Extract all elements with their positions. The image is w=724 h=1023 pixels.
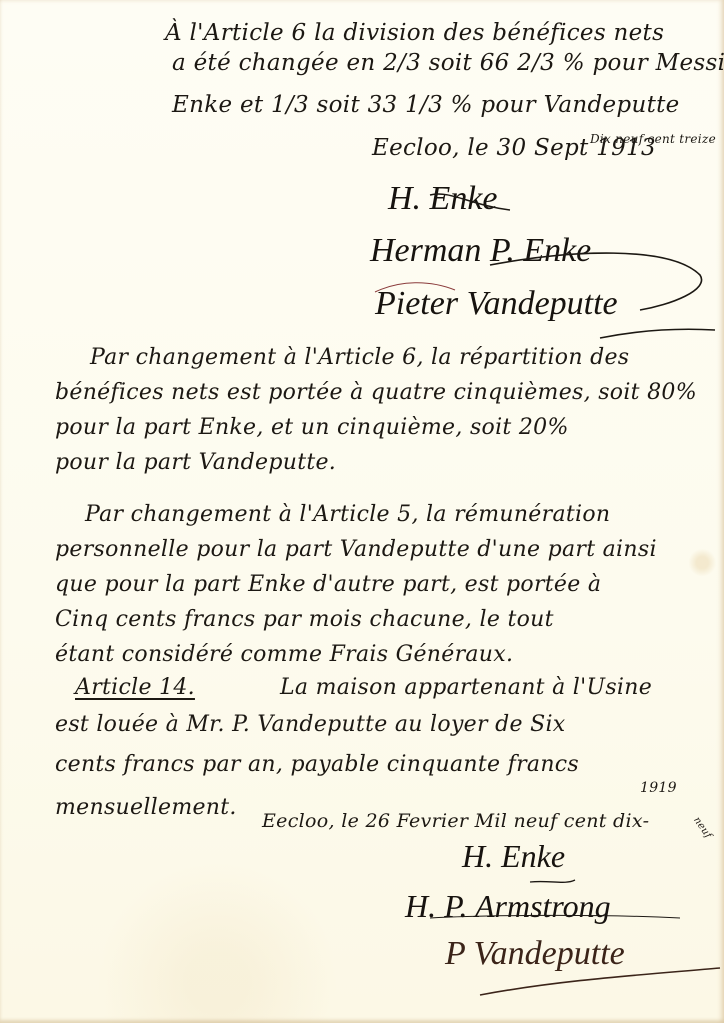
article-14-line-3: cents francs par an, payable cinquante f… bbox=[55, 752, 579, 777]
article-14-line-4: mensuellement. bbox=[55, 795, 237, 820]
amendment-1913-line-3: Enke et 1/3 soit 33 1/3 % pour Vandeputt… bbox=[172, 92, 680, 118]
article-6-line-2: bénéfices nets est portée à quatre cinqu… bbox=[55, 380, 697, 405]
year-annotation-1919: 1919 bbox=[640, 780, 677, 796]
article-5-line-4: Cinq cents francs par mois chacune, le t… bbox=[55, 607, 554, 632]
article-14-heading: Article 14. bbox=[75, 675, 195, 700]
article-6-line-3: pour la part Enke, et un cinquième, soit… bbox=[55, 415, 569, 440]
amendment-1919-place-date: Eecloo, le 26 Fevrier Mil neuf cent dix- bbox=[262, 810, 649, 832]
signature-flourishes-1919 bbox=[400, 840, 724, 1000]
article-5-line-1: Par changement à l'Article 5, la rémunér… bbox=[85, 502, 610, 527]
handwritten-document-page: À l'Article 6 la division des bénéfices … bbox=[0, 0, 724, 1023]
amendment-1913-line-2: a été changée en 2/3 soit 66 2/3 % pour … bbox=[172, 50, 724, 76]
article-5-line-2: personnelle pour la part Vandeputte d'un… bbox=[55, 537, 657, 562]
amendment-1913-line-1: À l'Article 6 la division des bénéfices … bbox=[165, 20, 664, 46]
article-5-line-5: étant considéré comme Frais Généraux. bbox=[55, 642, 513, 667]
article-14-line-1: La maison appartenant à l'Usine bbox=[280, 675, 652, 700]
article-14-line-2: est louée à Mr. P. Vandeputte au loyer d… bbox=[55, 712, 566, 737]
signature-flourishes-1913 bbox=[370, 180, 724, 350]
amendment-1913-date-annotation: Dix neuf cent treize bbox=[590, 132, 716, 146]
article-5-line-3: que pour la part Enke d'autre part, est … bbox=[55, 572, 601, 597]
article-6-line-1: Par changement à l'Article 6, la réparti… bbox=[90, 345, 629, 370]
article-6-line-4: pour la part Vandeputte. bbox=[55, 450, 336, 475]
amendment-1919-date-continuation: neuf bbox=[691, 815, 714, 841]
